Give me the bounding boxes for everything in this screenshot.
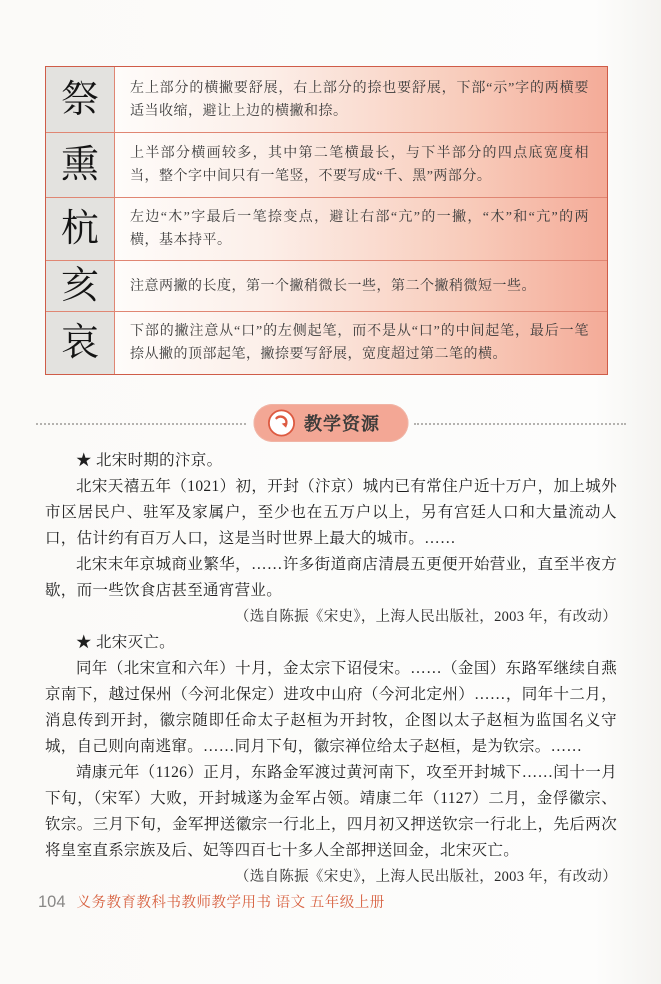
table-row: 杭 左边“木”字最后一笔捺变点，避让右部“亢”的一撇，“木”和“亢”的两横，基本… xyxy=(46,198,607,261)
bullet-heading: ★ 北宋灭亡。 xyxy=(45,630,617,656)
tip-text: 左边“木”字最后一笔捺变点，避让右部“亢”的一撇，“木”和“亢”的两横，基本持平… xyxy=(130,206,589,252)
character-cell: 亥 xyxy=(46,261,115,311)
tip-text: 上半部分横画较多，其中第二笔横最长，与下半部分的四点底宽度相当，整个字中间只有一… xyxy=(130,142,589,188)
tip-cell: 下部的撇注意从“口”的左侧起笔，而不是从“口”的中间起笔，最后一笔捺从撇的顶部起… xyxy=(115,312,607,374)
character-cell: 杭 xyxy=(46,198,115,260)
paragraph: 同年（北宋宣和六年）十月，金太宗下诏侵宋。……（金国）东路军继续自燕京南下，越过… xyxy=(45,656,617,760)
bullet-heading: ★ 北宋时期的汴京。 xyxy=(45,448,617,474)
paragraph: 北宋天禧五年（1021）初，开封（汴京）城内已有常住户近十万户，加上城外市区居民… xyxy=(45,474,617,552)
section-title: 教学资源 xyxy=(304,410,380,436)
tip-cell: 左边“木”字最后一笔捺变点，避让右部“亢”的一撇，“木”和“亢”的两横，基本持平… xyxy=(115,198,607,260)
table-row: 祭 左上部分的横撇要舒展，右上部分的捺也要舒展，下部“示”字的两横要适当收缩，避… xyxy=(46,67,607,133)
paragraph: 靖康元年（1126）正月，东路金军渡过黄河南下，攻至开封城下……闰十一月下旬，（… xyxy=(45,760,617,864)
dotted-divider-left xyxy=(36,423,246,425)
table-row: 熏 上半部分横画较多，其中第二笔横最长，与下半部分的四点底宽度相当，整个字中间只… xyxy=(46,133,607,198)
page-number: 104 xyxy=(38,893,66,912)
tip-cell: 左上部分的横撇要舒展，右上部分的捺也要舒展，下部“示”字的两横要适当收缩，避让上… xyxy=(115,67,607,132)
book-title: 义务教育教科书教师教学用书 语文 五年级上册 xyxy=(77,891,385,912)
character-cell: 祭 xyxy=(46,67,115,132)
character-cell: 熏 xyxy=(46,133,115,197)
tip-cell: 注意两撇的长度，第一个撇稍微长一些，第二个撇稍微短一些。 xyxy=(115,261,607,311)
dotted-divider-right xyxy=(414,423,626,425)
page-footer: 104 义务教育教科书教师教学用书 语文 五年级上册 xyxy=(38,891,618,912)
source-citation: （选自陈振《宋史》，上海人民出版社，2003 年，有改动） xyxy=(45,864,617,890)
table-row: 哀 下部的撇注意从“口”的左侧起笔，而不是从“口”的中间起笔，最后一笔捺从撇的顶… xyxy=(46,312,607,374)
stroke-tips-table: 祭 左上部分的横撇要舒展，右上部分的捺也要舒展，下部“示”字的两横要适当收缩，避… xyxy=(45,66,608,375)
source-citation: （选自陈振《宋史》，上海人民出版社，2003 年，有改动） xyxy=(45,604,617,630)
section-header-pill: 教学资源 xyxy=(253,404,408,442)
tip-text: 注意两撇的长度，第一个撇稍微长一些，第二个撇稍微短一些。 xyxy=(130,275,536,298)
table-row: 亥 注意两撇的长度，第一个撇稍微长一些，第二个撇稍微短一些。 xyxy=(46,261,607,312)
resource-text-block: ★ 北宋时期的汴京。 北宋天禧五年（1021）初，开封（汴京）城内已有常住户近十… xyxy=(45,448,617,890)
tip-text: 下部的撇注意从“口”的左侧起笔，而不是从“口”的中间起笔，最后一笔捺从撇的顶部起… xyxy=(130,320,589,366)
curved-arrow-icon xyxy=(267,409,295,437)
textbook-page: 祭 左上部分的横撇要舒展，右上部分的捺也要舒展，下部“示”字的两横要适当收缩，避… xyxy=(0,0,661,984)
tip-cell: 上半部分横画较多，其中第二笔横最长，与下半部分的四点底宽度相当，整个字中间只有一… xyxy=(115,133,607,197)
paragraph: 北宋末年京城商业繁华，……许多街道商店清晨五更便开始营业，直至半夜方歇，而一些饮… xyxy=(45,552,617,604)
tip-text: 左上部分的横撇要舒展，右上部分的捺也要舒展，下部“示”字的两横要适当收缩，避让上… xyxy=(130,77,589,123)
character-cell: 哀 xyxy=(46,312,115,374)
